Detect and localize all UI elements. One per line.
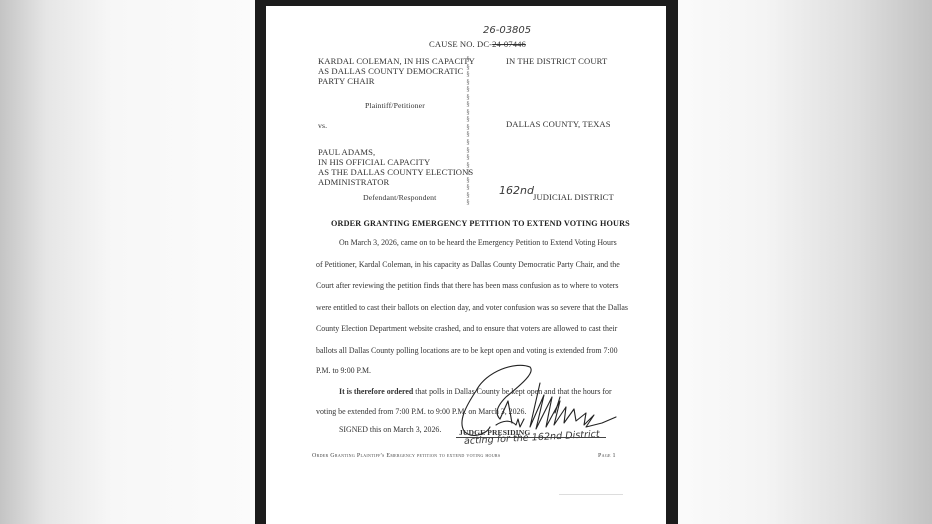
paragraph-1-line-4: were entitled to cast their ballots on e… <box>316 303 628 312</box>
signed-line: SIGNED this on March 3, 2026. <box>339 425 441 434</box>
scan-mark <box>559 494 623 495</box>
cause-number-label: CAUSE NO. DC- <box>429 39 492 49</box>
paragraph-1-line-3: Court after reviewing the petition finds… <box>316 281 618 290</box>
ordered-lead: It is therefore ordered <box>339 387 413 396</box>
plaintiff-line-2: AS DALLAS COUNTY DEMOCRATIC <box>318 66 463 76</box>
defendant-role: Defendant/Respondent <box>363 193 436 202</box>
paragraph-1-line-1: On March 3, 2026, came on to be heard th… <box>339 238 617 247</box>
defendant-line-3: AS THE DALLAS COUNTY ELECTIONS <box>318 167 473 177</box>
plaintiff-line-1: KARDAL COLEMAN, IN HIS CAPACITY <box>318 56 475 66</box>
court-name: IN THE DISTRICT COURT <box>506 56 607 66</box>
document-page: 26-03805 CAUSE NO. DC-24-07446 KARDAL CO… <box>266 6 666 524</box>
page-number: Page 1 <box>598 453 616 459</box>
versus: vs. <box>318 121 327 130</box>
plaintiff-line-3: PARTY CHAIR <box>318 76 375 86</box>
defendant-line-1: PAUL ADAMS, <box>318 147 375 157</box>
judicial-district: JUDICIAL DISTRICT <box>533 192 614 202</box>
order-title: ORDER GRANTING EMERGENCY PETITION TO EXT… <box>331 219 630 228</box>
section-symbol: § <box>464 199 472 207</box>
handwritten-district-number: 162nd <box>499 184 534 197</box>
plaintiff-role: Plaintiff/Petitioner <box>365 101 425 110</box>
paragraph-1-line-7: P.M. to 9:00 P.M. <box>316 366 371 375</box>
paragraph-1-line-2: of Petitioner, Kardal Coleman, in his ca… <box>316 260 620 269</box>
section-symbol-column: §§§§§§§§§§§§§§§§§§§§ <box>464 56 472 207</box>
paragraph-1-line-6: ballots all Dallas County polling locati… <box>316 346 618 355</box>
footer-title: Order Granting Plaintiff's Emergency pet… <box>312 453 500 459</box>
defendant-line-2: IN HIS OFFICIAL CAPACITY <box>318 157 430 167</box>
handwritten-cause-number: 26-03805 <box>483 25 531 36</box>
defendant-line-4: ADMINISTRATOR <box>318 177 389 187</box>
cause-number-struck: 24-07446 <box>492 39 526 49</box>
paragraph-1-line-5: County Election Department website crash… <box>316 324 617 333</box>
cause-number: CAUSE NO. DC-24-07446 <box>429 39 526 49</box>
county-name: DALLAS COUNTY, TEXAS <box>506 119 611 129</box>
